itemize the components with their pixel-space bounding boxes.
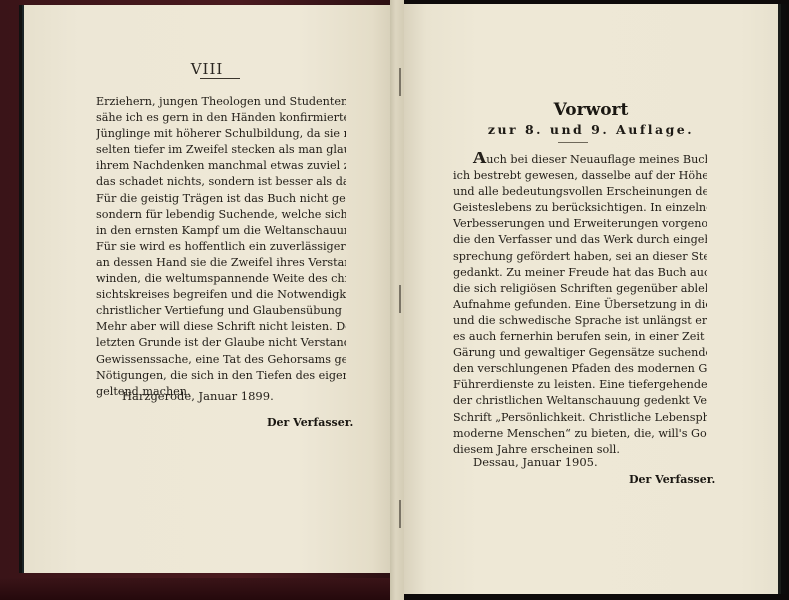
left-page-body: Erziehern, jungen Theologen und Studente… — [96, 94, 346, 400]
place-date: Harzgerode, Januar 1899. — [122, 389, 274, 403]
heading-divider — [558, 142, 588, 143]
binding-stitch — [399, 500, 401, 528]
page-number: VIII — [24, 60, 390, 78]
text-line: in den ernsten Kampf um die Weltanschauu… — [96, 223, 346, 239]
text-line: ihrem Nachdenken manchmal etwas zuviel z… — [96, 158, 346, 174]
text-line: winden, die weltumspannende Weite des ch… — [96, 271, 346, 287]
text-line: und die schwedische Sprache ist unlängst… — [453, 313, 707, 329]
text-line: Aufnahme gefunden. Eine Übersetzung in d… — [453, 297, 707, 313]
text-line: Jünglinge mit höherer Schulbildung, da s… — [96, 126, 346, 142]
first-line-text: uch bei dieser Neuauflage meines Buches … — [486, 153, 707, 166]
text-line: die den Verfasser und das Werk durch ein… — [453, 232, 707, 248]
text-line: die sich religiösen Schriften gegenüber … — [453, 281, 707, 297]
text-line: Nötigungen, die sich in den Tiefen des e… — [96, 368, 346, 384]
text-line: ich bestrebt gewesen, dasselbe auf der H… — [453, 168, 707, 184]
text-line: Für sie wird es hoffentlich ein zuverläs… — [96, 239, 346, 255]
text-line: sprechung gefördert haben, sei an dieser… — [453, 249, 707, 265]
text-line: der christlichen Weltanschauung gedenkt … — [453, 393, 707, 409]
text-line: sondern für lebendig Suchende, welche si… — [96, 207, 346, 223]
text-line: Gärung und gewaltiger Gegensätze suchend… — [453, 345, 707, 361]
book-spine-gutter — [390, 0, 404, 600]
text-line: Mehr aber will diese Schrift nicht leist… — [96, 319, 346, 335]
text-line: selten tiefer im Zweifel stecken als man… — [96, 142, 346, 158]
text-line: Erziehern, jungen Theologen und Studente… — [96, 94, 346, 110]
preface-subtitle: zur 8. und 9. Auflage. — [404, 122, 778, 137]
signature: Der Verfasser. — [629, 473, 715, 486]
text-line: sichtskreises begreifen und die Notwendi… — [96, 287, 346, 303]
right-page-body: Auch bei dieser Neuauflage meines Buches… — [453, 152, 707, 458]
text-line: den verschlungenen Pfaden des modernen G… — [453, 361, 707, 377]
text-line: Verbesserungen und Erweiterungen vorgeno… — [453, 216, 707, 232]
binding-stitch — [399, 68, 401, 96]
text-line: es auch fernerhin berufen sein, in einer… — [453, 329, 707, 345]
drop-cap: A — [473, 152, 486, 168]
book-cover-bottom-edge — [0, 578, 400, 600]
text-line: Führerdienste zu leisten. Eine tiefergeh… — [453, 377, 707, 393]
text-line: gedankt. Zu meiner Freude hat das Buch a… — [453, 265, 707, 281]
binding-stitch — [399, 285, 401, 313]
text-line: christlicher Vertiefung und Glaubensübun… — [96, 303, 346, 319]
signature: Der Verfasser. — [267, 416, 353, 429]
page-number-underline — [200, 78, 240, 79]
text-line: das schadet nichts, sondern ist besser a… — [96, 174, 346, 190]
right-page: Vorwort zur 8. und 9. Auflage. Auch bei … — [404, 4, 778, 594]
preface-title: Vorwort — [404, 100, 778, 120]
text-line: Für die geistig Trägen ist das Buch nich… — [96, 191, 346, 207]
text-line: Geisteslebens zu berücksichtigen. In ein… — [453, 200, 707, 216]
text-line-first: Auch bei dieser Neuauflage meines Buches… — [453, 152, 707, 168]
text-line: moderne Menschen“ zu bieten, die, will's… — [453, 426, 707, 442]
text-line: Schrift „Persönlichkeit. Christliche Leb… — [453, 410, 707, 426]
place-date: Dessau, Januar 1905. — [473, 455, 598, 469]
text-line: Gewissenssache, eine Tat des Gehorsams g… — [96, 352, 346, 368]
text-line: und alle bedeutungsvollen Erscheinungen … — [453, 184, 707, 200]
left-page: VIII Erziehern, jungen Theologen und Stu… — [24, 5, 390, 573]
text-line: an dessen Hand sie die Zweifel ihres Ver… — [96, 255, 346, 271]
text-line: sähe ich es gern in den Händen konfirmie… — [96, 110, 346, 126]
text-line: letzten Grunde ist der Glaube nicht Vers… — [96, 335, 346, 351]
